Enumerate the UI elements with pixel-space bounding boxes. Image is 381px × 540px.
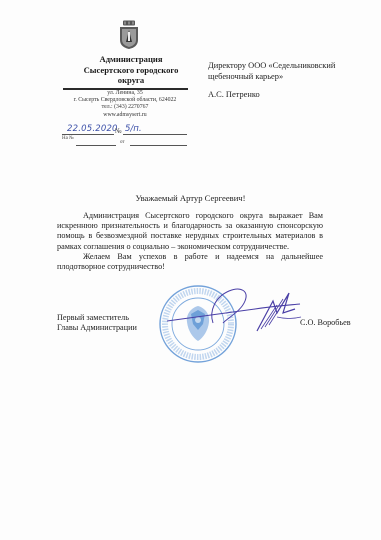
date-underline	[62, 134, 114, 135]
coat-of-arms-icon	[118, 20, 140, 50]
registration-date: 22.05.2020	[67, 124, 118, 134]
addressee-line-2: щебеночный карьер»	[208, 72, 378, 83]
letter-page: Администрация Сысертского городского окр…	[0, 0, 381, 540]
letter-body: Администрация Сысертского городского окр…	[57, 211, 323, 272]
signer-name: С.О. Воробьев	[300, 318, 351, 327]
addressee-name: А.С. Петренко	[208, 90, 260, 99]
registration-number: 5/п.	[125, 124, 142, 134]
address-website: www.admsysert.ru	[58, 112, 192, 119]
greeting: Уважаемый Артур Сергеевич!	[0, 193, 381, 203]
addressee-line-1: Директору ООО «Седельниковский	[208, 61, 378, 72]
reference-from-underline	[130, 145, 187, 146]
reference-underline	[76, 145, 116, 146]
reference-from-label: от	[120, 140, 125, 145]
org-name-line-2: Сысертского городского	[60, 65, 202, 76]
organization-address: ул. Ленина, 35 г. Сысерть Свердловской о…	[58, 90, 192, 119]
org-name-line-1: Администрация	[60, 54, 202, 65]
signer-title: Первый заместитель Главы Администрации	[57, 313, 137, 334]
body-paragraph-2: Желаем Вам успехов в работе и надеемся н…	[57, 252, 323, 272]
number-label: №	[115, 127, 122, 135]
signer-title-line-2: Главы Администрации	[57, 323, 137, 333]
number-underline	[123, 134, 187, 135]
body-paragraph-1: Администрация Сысертского городского окр…	[57, 211, 323, 252]
address-phone: тел.: (343) 2270767	[58, 104, 192, 111]
reference-label: На №	[62, 136, 74, 141]
handwritten-signature	[165, 283, 305, 343]
signer-title-line-1: Первый заместитель	[57, 313, 137, 323]
organization-name: Администрация Сысертского городского окр…	[60, 54, 202, 86]
org-name-line-3: округа	[60, 75, 202, 86]
addressee: Директору ООО «Седельниковский щебеночны…	[208, 61, 378, 82]
